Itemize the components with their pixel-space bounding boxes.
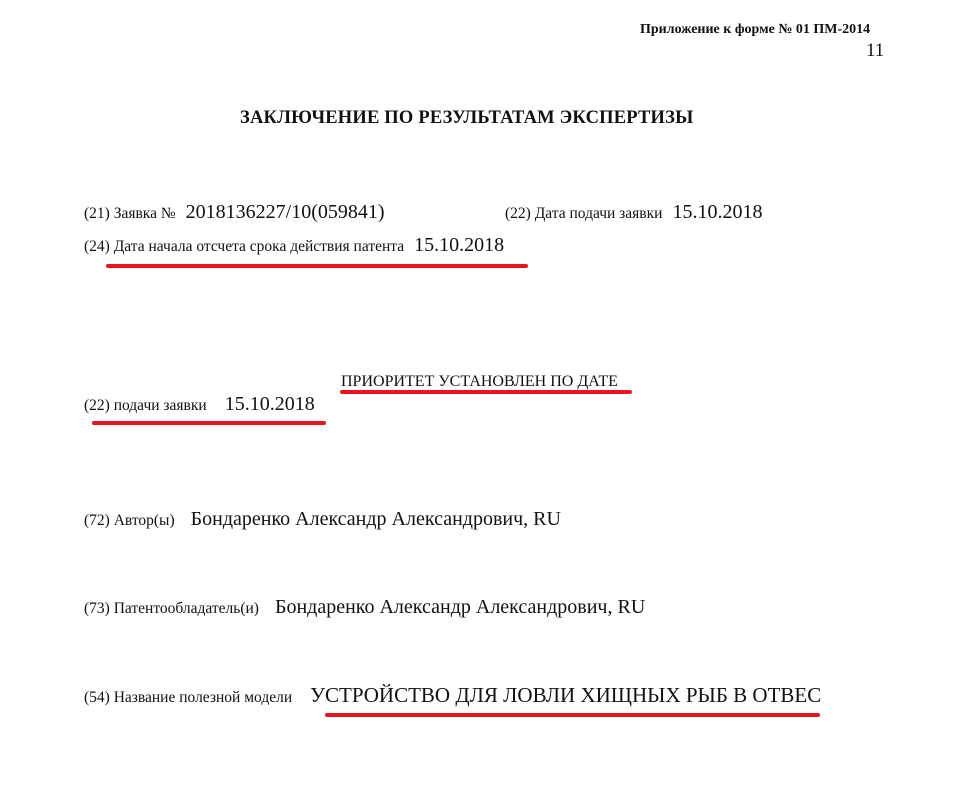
model-name-value: УСТРОЙСТВО ДЛЯ ЛОВЛИ ХИЩНЫХ РЫБ В ОТВЕС [310, 683, 821, 707]
authors-label: (72) Автор(ы) [84, 512, 175, 529]
term-start-label: (24) Дата начала отсчета срока действия … [84, 238, 404, 255]
term-start-row: (24) Дата начала отсчета срока действия … [84, 234, 504, 257]
application-number-value: 2018136227/10(059841) [186, 201, 385, 223]
filing-date-label: (22) Дата подачи заявки [505, 205, 662, 222]
model-name-label: (54) Название полезной модели [84, 689, 292, 706]
page-number: 11 [866, 40, 884, 62]
authors-row: (72) Автор(ы) Бондаренко Александр Алекс… [84, 508, 561, 531]
model-name-row: (54) Название полезной модели УСТРОЙСТВО… [84, 683, 821, 708]
authors-value: Бондаренко Александр Александрович, RU [191, 508, 561, 530]
red-underline-term-start [106, 264, 528, 268]
red-underline-priority-heading [340, 390, 632, 394]
filing-date-value: 15.10.2018 [672, 201, 762, 223]
priority-date-row: (22) подачи заявки 15.10.2018 [84, 393, 315, 416]
holders-row: (73) Патентообладатель(и) Бондаренко Але… [84, 596, 645, 619]
priority-date-value: 15.10.2018 [225, 393, 315, 415]
red-underline-priority-date [92, 421, 326, 425]
term-start-value: 15.10.2018 [414, 234, 504, 256]
red-underline-model-name [325, 713, 820, 717]
document-title: ЗАКЛЮЧЕНИЕ ПО РЕЗУЛЬТАТАМ ЭКСПЕРТИЗЫ [240, 108, 693, 129]
priority-heading: ПРИОРИТЕТ УСТАНОВЛЕН ПО ДАТЕ [341, 373, 618, 391]
application-number-row: (21) Заявка № 2018136227/10(059841) [84, 201, 385, 224]
priority-date-label: (22) подачи заявки [84, 397, 207, 414]
filing-date-row: (22) Дата подачи заявки 15.10.2018 [505, 201, 762, 224]
holders-label: (73) Патентообладатель(и) [84, 600, 259, 617]
holders-value: Бондаренко Александр Александрович, RU [275, 596, 645, 618]
application-number-label: (21) Заявка № [84, 205, 176, 222]
appendix-label: Приложение к форме № 01 ПМ-2014 [640, 22, 870, 38]
